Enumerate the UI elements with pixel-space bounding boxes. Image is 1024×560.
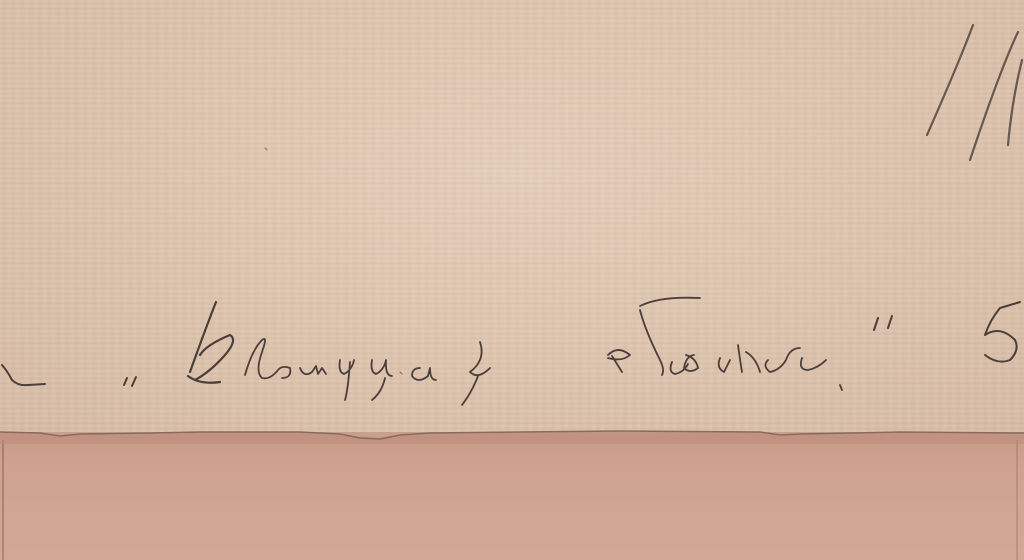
- corner-letter: [927, 25, 1022, 160]
- closing-quote: [874, 316, 892, 330]
- opening-quote: [124, 377, 136, 386]
- word-cursive-2: [608, 298, 842, 390]
- pencil-inscription: [0, 0, 1024, 560]
- trailing-numeral: [985, 302, 1020, 362]
- left-edge-stroke: [2, 365, 45, 385]
- stray-mark: [265, 148, 402, 374]
- word-cursive-1: [245, 339, 490, 405]
- letter-capital: [188, 302, 233, 383]
